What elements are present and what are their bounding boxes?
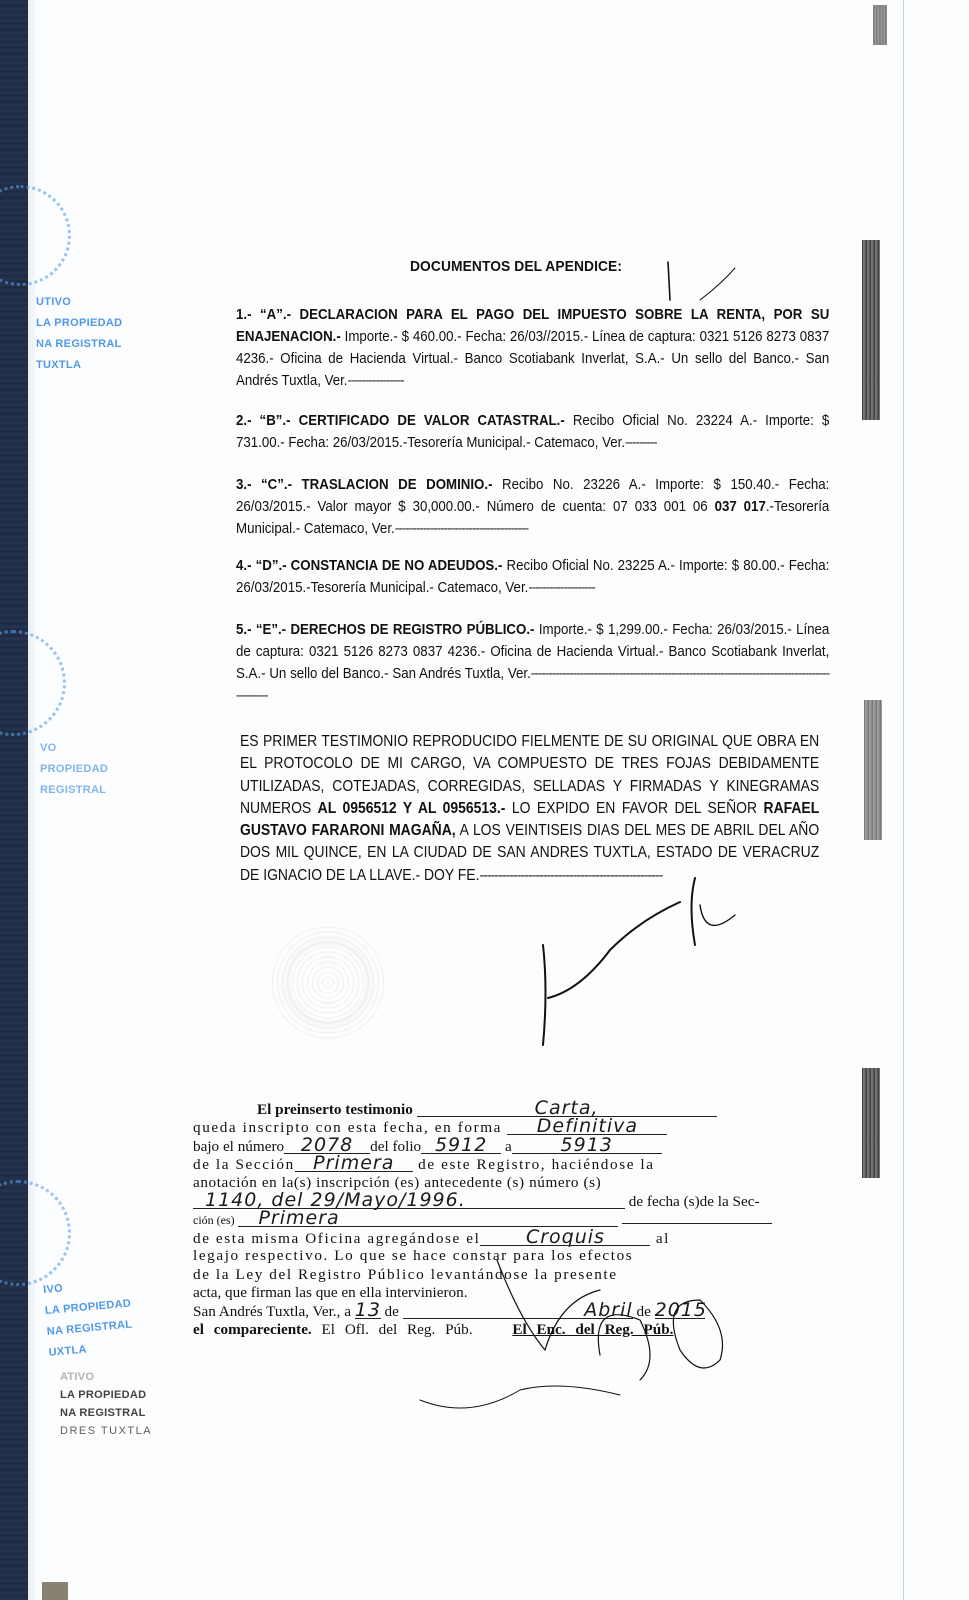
antecedent-section-field: Primera (238, 1210, 618, 1227)
form-label: de fecha (s)de la Sec- (629, 1193, 760, 1210)
fill-dashes: --------- (625, 435, 657, 451)
form-label: anotación en la(s) inscripción (es) ante… (193, 1174, 601, 1191)
registry-seal-stamp (0, 185, 71, 286)
item-letter: “B”.- (260, 413, 291, 429)
certification-paragraph: ES PRIMER TESTIMONIO REPRODUCIDO FIELMEN… (240, 731, 819, 887)
attachment-field: Croquis (480, 1229, 650, 1246)
item-title: TRASLACION DE DOMINIO.- (302, 477, 493, 493)
folio-from-field: 5912 (421, 1137, 501, 1154)
form-label: de esta misma Oficina agregándose el (193, 1230, 480, 1247)
item-letter: “A”.- (260, 307, 291, 323)
signer-label-oficial: El Ofl. del Reg. Púb. (322, 1321, 473, 1338)
stamp-line: LA PROPIEDAD (36, 313, 122, 334)
blank-line (622, 1211, 772, 1224)
stamp-line: NA REGISTRAL (36, 334, 122, 355)
registry-stamp-middle: VO PROPIEDAD REGISTRAL (40, 738, 108, 801)
item-number: 3.- (236, 477, 251, 493)
scan-artifact (862, 240, 880, 420)
stamp-line: TUXTLA (36, 355, 122, 376)
registry-inscription-form: El preinserto testimonio Carta, queda in… (193, 1100, 793, 1339)
notary-embossed-seal (268, 925, 388, 1040)
scan-artifact (873, 5, 887, 45)
item-number: 4.- (236, 558, 251, 574)
appendix-item-b: 2.- “B”.- CERTIFICADO DE VALOR CATASTRAL… (236, 410, 829, 454)
stamp-line: PROPIEDAD (40, 759, 108, 780)
pen-mark (668, 262, 670, 300)
appendix-item-c: 3.- “C”.- TRASLACION DE DOMINIO.- Recibo… (236, 474, 829, 540)
scan-artifact (864, 700, 882, 840)
form-label: de (385, 1303, 399, 1320)
stamp-line: VO (40, 738, 108, 759)
item-title: CONSTANCIA DE NO ADEUDOS.- (291, 558, 503, 574)
appendix-item-a: 1.- “A”.- DECLARACION PARA EL PAGO DEL I… (236, 304, 829, 392)
form-label: de (636, 1303, 650, 1320)
stamp-line: DRES TUXTLA (60, 1422, 152, 1440)
stamp-line: ATIVO (60, 1368, 152, 1386)
registry-seal-stamp (0, 1180, 71, 1286)
item-number: 1.- (236, 307, 251, 323)
form-label: bajo el número (193, 1138, 284, 1155)
fill-dashes: -------------------------------------- (395, 521, 528, 537)
item-letter: “D”.- (256, 558, 287, 574)
registry-stamp-bottom: IVO LA PROPIEDAD NA REGISTRAL UXTLA (42, 1273, 135, 1364)
kinegram-numbers: AL 0956512 Y AL 0956513.- (318, 800, 506, 817)
inscription-form-field: Definitiva (507, 1118, 667, 1135)
appendix-heading: DOCUMENTOS DEL APENDICE: (410, 258, 622, 275)
form-label: de la Sección (193, 1156, 295, 1173)
signer-label-encargado: El Enc. del Reg. Púb. (512, 1321, 673, 1338)
item-letter: “E”.- (256, 622, 286, 638)
form-label: ción (es) (193, 1213, 235, 1227)
certification-text: LO EXPIDO EN FAVOR DEL SEÑOR (512, 800, 757, 817)
form-label: de este Registro, haciéndose la (418, 1156, 654, 1173)
form-label: acta, que firman las que en ella intervi… (193, 1284, 468, 1301)
item-number: 2.- (236, 413, 251, 429)
fill-dashes: ------------------- (528, 580, 595, 596)
appendix-item-e: 5.- “E”.- DERECHOS DE REGISTRO PÚBLICO.-… (236, 619, 829, 707)
item-number: 5.- (236, 622, 251, 638)
month-field: Abril (403, 1302, 633, 1319)
form-label: a (505, 1138, 512, 1155)
section-field: Primera (295, 1155, 413, 1172)
stamp-line: REGISTRAL (40, 780, 108, 801)
form-label: al (656, 1230, 670, 1247)
year-field: 2015 (655, 1302, 705, 1319)
item-title: CERTIFICADO DE VALOR CATASTRAL.- (299, 413, 565, 429)
item-title: DERECHOS DE REGISTRO PÚBLICO.- (290, 622, 534, 638)
scan-artifact (862, 1068, 880, 1178)
appendix-item-d: 4.- “D”.- CONSTANCIA DE NO ADEUDOS.- Rec… (236, 555, 829, 599)
stamp-line: NA REGISTRAL (60, 1404, 152, 1422)
registry-seal-stamp (0, 630, 66, 736)
form-label: El preinserto testimonio (257, 1101, 413, 1118)
registry-stamp-black: ATIVO LA PROPIEDAD NA REGISTRAL DRES TUX… (60, 1368, 152, 1440)
folio-to-field: 5913 (512, 1137, 662, 1154)
registry-stamp-top: UTIVO LA PROPIEDAD NA REGISTRAL TUXTLA (36, 292, 122, 376)
form-label: de la Ley del Registro Público levantánd… (193, 1266, 618, 1283)
day-field: 13 (355, 1302, 381, 1319)
page-fold-line (903, 0, 904, 1600)
stamp-line: UTIVO (36, 292, 122, 313)
fill-dashes: ----------------------------------------… (479, 867, 662, 884)
signer-label-compareciente: el compareciente. (193, 1321, 312, 1338)
scan-corner-artifact (42, 1582, 68, 1600)
item-account-tail: 037 017 (715, 499, 766, 515)
form-label: San Andrés Tuxtla, Ver., a (193, 1303, 351, 1320)
item-letter: “C”.- (261, 477, 292, 493)
form-label: legajo respectivo. Lo que se hace consta… (193, 1247, 633, 1264)
stamp-line: LA PROPIEDAD (60, 1386, 152, 1404)
fill-dashes: ---------------- (347, 373, 403, 389)
